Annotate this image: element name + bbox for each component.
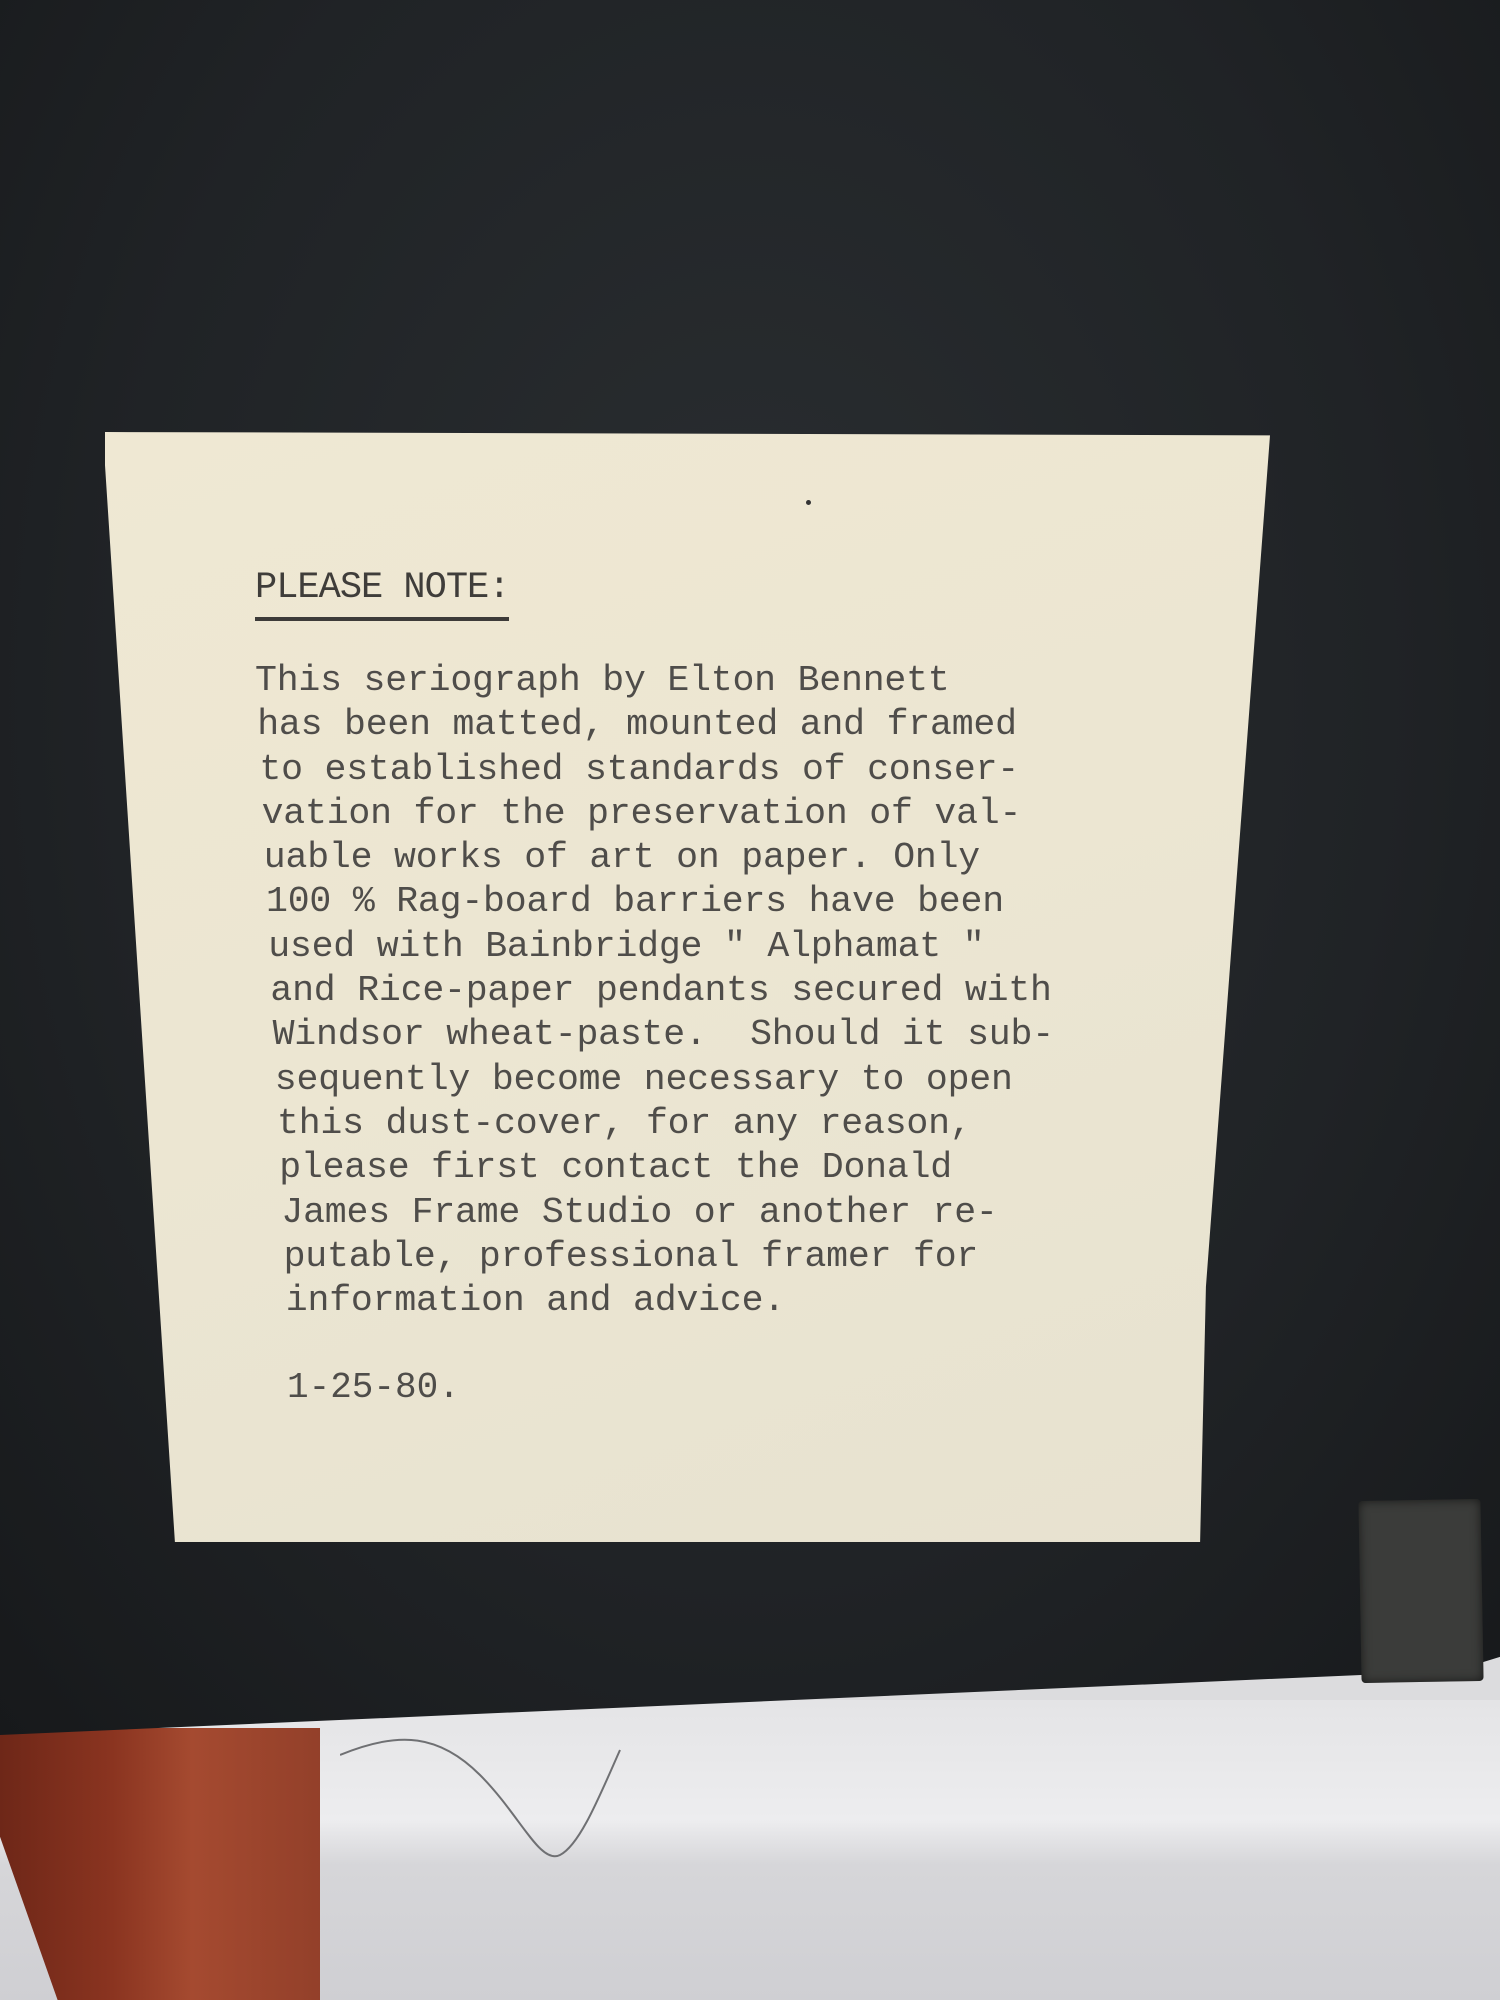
note-date: 1-25-80. (287, 1367, 1155, 1408)
frame-wood-leg (0, 1728, 320, 2000)
note-line: this dust-cover, for any reason, (277, 1102, 1155, 1146)
note-line: James Frame Studio or another re- (281, 1191, 1155, 1235)
paper-speck (806, 500, 811, 505)
note-line: putable, professional framer for (284, 1235, 1155, 1279)
note-body: This seriograph by Elton Bennetthas been… (255, 659, 1155, 1323)
note-line: and Rice-paper pendants secured with (270, 969, 1155, 1013)
felt-bumper-pad (1358, 1499, 1483, 1683)
note-line: information and advice. (286, 1279, 1155, 1323)
note-heading: PLEASE NOTE: (255, 567, 509, 621)
note-line: 100 % Rag-board barriers have been (266, 880, 1155, 924)
note-content: PLEASE NOTE: This seriograph by Elton Be… (255, 567, 1155, 1408)
note-line: used with Bainbridge " Alphamat " (268, 925, 1155, 969)
note-line: to established standards of conser- (259, 748, 1155, 792)
note-line: sequently become necessary to open (275, 1058, 1155, 1102)
note-line: please first contact the Donald (279, 1146, 1155, 1190)
note-line: vation for the preservation of val- (262, 792, 1155, 836)
note-line: has been matted, mounted and framed (257, 703, 1155, 747)
stray-hair (340, 1735, 760, 1875)
note-line: This seriograph by Elton Bennett (255, 659, 1155, 703)
note-line: uable works of art on paper. Only (264, 836, 1155, 880)
typed-label-note: PLEASE NOTE: This seriograph by Elton Be… (105, 432, 1270, 1542)
note-line: Windsor wheat-paste. Should it sub- (273, 1013, 1155, 1057)
